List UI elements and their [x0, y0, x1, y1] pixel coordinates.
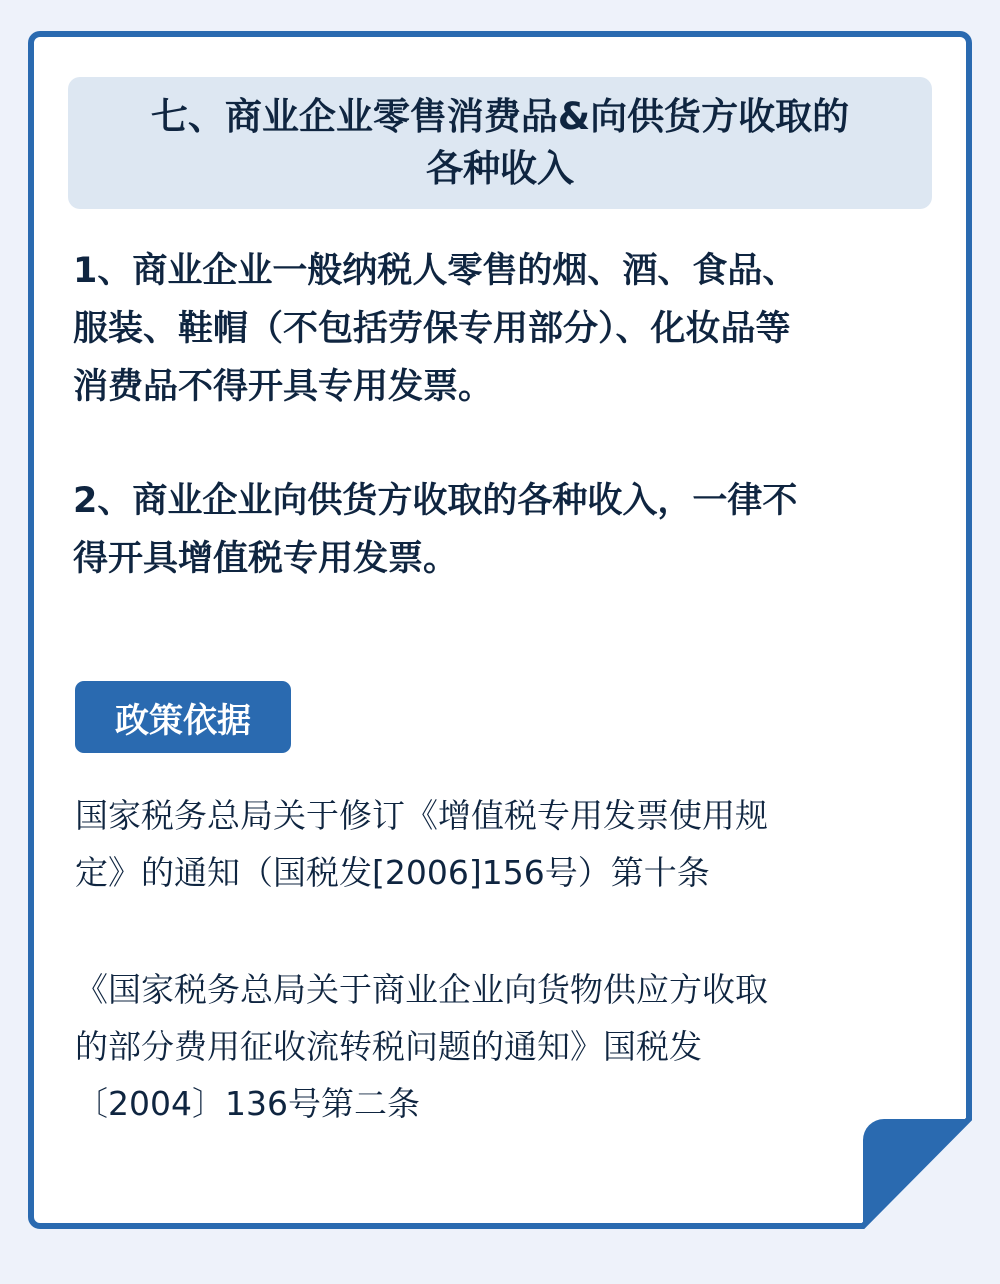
rule-2-line-1: 2、商业企业向供货方收取的各种收入，一律不: [73, 472, 923, 530]
section-title: 七、商业企业零售消费品&向供货方收取的 各种收入: [68, 77, 932, 209]
rule-2-line-2: 得开具增值税专用发票。: [73, 530, 923, 588]
reference-1-line-1: 国家税务总局关于修订《增值税专用发票使用规: [75, 787, 925, 844]
document-card: 七、商业企业零售消费品&向供货方收取的 各种收入 1、商业企业一般纳税人零售的烟…: [28, 31, 972, 1229]
title-line-1: 七、商业企业零售消费品&向供货方收取的: [151, 91, 849, 143]
reference-2-line-2: 的部分费用征收流转税问题的通知》国税发: [75, 1018, 925, 1075]
reference-2-line-1: 《国家税务总局关于商业企业向货物供应方收取: [75, 961, 925, 1018]
rule-item-1: 1、商业企业一般纳税人零售的烟、酒、食品、 服装、鞋帽（不包括劳保专用部分）、化…: [73, 242, 923, 416]
rule-1-line-2: 服装、鞋帽（不包括劳保专用部分）、化妆品等: [73, 300, 923, 358]
reference-1-line-2: 定》的通知（国税发[2006]156号）第十条: [75, 844, 925, 901]
rule-1-line-1: 1、商业企业一般纳税人零售的烟、酒、食品、: [73, 242, 923, 300]
rule-item-2: 2、商业企业向供货方收取的各种收入，一律不 得开具增值税专用发票。: [73, 472, 923, 588]
policy-basis-badge: 政策依据: [75, 681, 291, 753]
policy-reference-1: 国家税务总局关于修订《增值税专用发票使用规 定》的通知（国税发[2006]156…: [75, 787, 925, 901]
title-line-2: 各种收入: [426, 143, 574, 195]
policy-reference-2: 《国家税务总局关于商业企业向货物供应方收取 的部分费用征收流转税问题的通知》国税…: [75, 961, 925, 1132]
reference-2-line-3: 〔2004〕136号第二条: [75, 1075, 925, 1132]
rule-1-line-3: 消费品不得开具专用发票。: [73, 358, 923, 416]
